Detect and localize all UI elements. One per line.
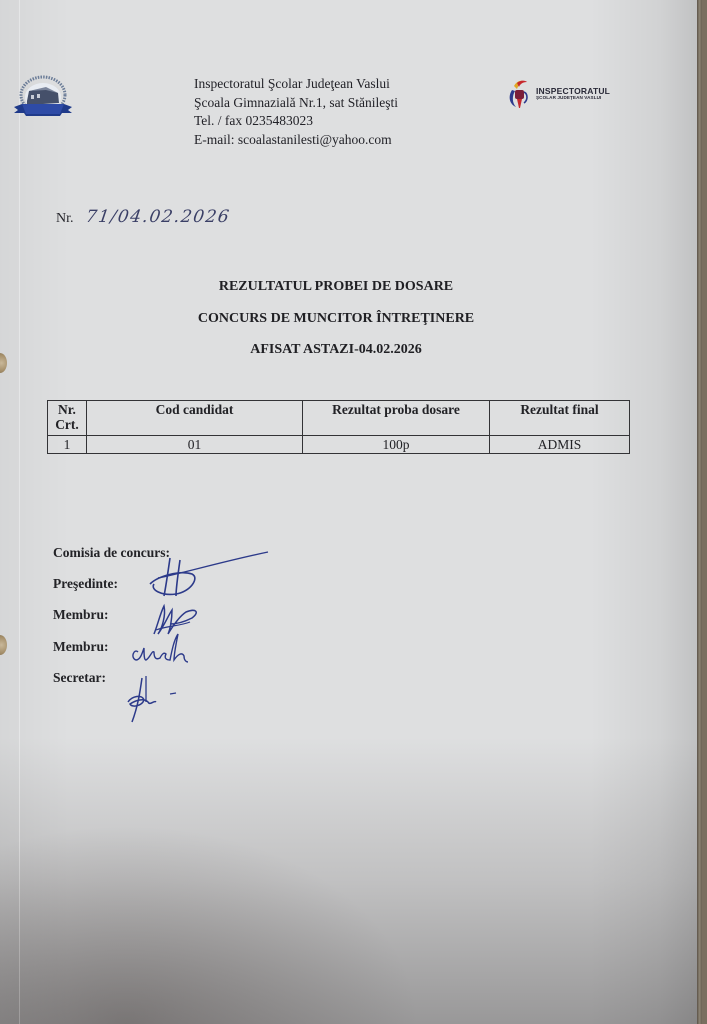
- header-rezultat-proba: Rezultat proba dosare: [303, 401, 490, 436]
- letterhead-school: Şcoala Gimnazială Nr.1, sat Stănileşti: [194, 94, 398, 113]
- cell-cod: 01: [87, 436, 303, 454]
- signature-membru-2-icon: [128, 630, 192, 666]
- isj-torch-icon: [506, 78, 532, 110]
- role-secretar: Secretar:: [53, 670, 106, 686]
- commission-heading: Comisia de concurs:: [53, 545, 170, 561]
- registration-value: 71/04.02.2026: [84, 207, 231, 227]
- punch-hole: [0, 635, 7, 655]
- document-title: REZULTATUL PROBEI DE DOSARE: [0, 279, 672, 295]
- header-cod-candidat: Cod candidat: [87, 401, 303, 436]
- registration-number: Nr. 71/04.02.2026: [56, 207, 230, 227]
- posting-date: AFISAT ASTAZI-04.02.2026: [0, 342, 672, 358]
- letterhead-inspectorate: Inspectoratul Şcolar Judeţean Vaslui: [194, 75, 398, 94]
- letterhead: Inspectoratul Şcolar Judeţean Vaslui Şco…: [194, 75, 398, 149]
- table-row: 1 01 100p ADMIS: [48, 436, 630, 454]
- school-logo-icon: [12, 73, 74, 119]
- role-membru-1: Membru:: [53, 607, 108, 623]
- cell-final: ADMIS: [490, 436, 630, 454]
- registration-label: Nr.: [56, 211, 74, 227]
- results-table: Nr. Crt. Cod candidat Rezultat proba dos…: [47, 400, 630, 454]
- header-nr-crt: Nr. Crt.: [48, 401, 87, 436]
- document-subtitle: CONCURS DE MUNCITOR ÎNTREŢINERE: [0, 311, 672, 327]
- isj-logo-subtitle: ŞCOLAR JUDEŢEAN VASLUI: [536, 96, 610, 101]
- table-surface-edge: [697, 0, 702, 1024]
- cell-nr: 1: [48, 436, 87, 454]
- isj-logo: INSPECTORATUL ŞCOLAR JUDEŢEAN VASLUI: [506, 78, 610, 110]
- paper-fold-line: [19, 0, 20, 1024]
- letterhead-email: E-mail: scoalastanilesti@yahoo.com: [194, 131, 398, 150]
- document-page: Inspectoratul Şcolar Judeţean Vaslui Şco…: [0, 0, 702, 1024]
- signature-secretar-icon: [118, 672, 188, 728]
- signature-membru-1-icon: [146, 600, 202, 638]
- isj-logo-title: INSPECTORATUL: [536, 87, 610, 96]
- letterhead-phone: Tel. / fax 0235483023: [194, 112, 398, 131]
- role-presedinte: Preşedinte:: [53, 576, 118, 592]
- table-header-row: Nr. Crt. Cod candidat Rezultat proba dos…: [48, 401, 630, 436]
- role-membru-2: Membru:: [53, 639, 108, 655]
- header-rezultat-final: Rezultat final: [490, 401, 630, 436]
- cell-proba: 100p: [303, 436, 490, 454]
